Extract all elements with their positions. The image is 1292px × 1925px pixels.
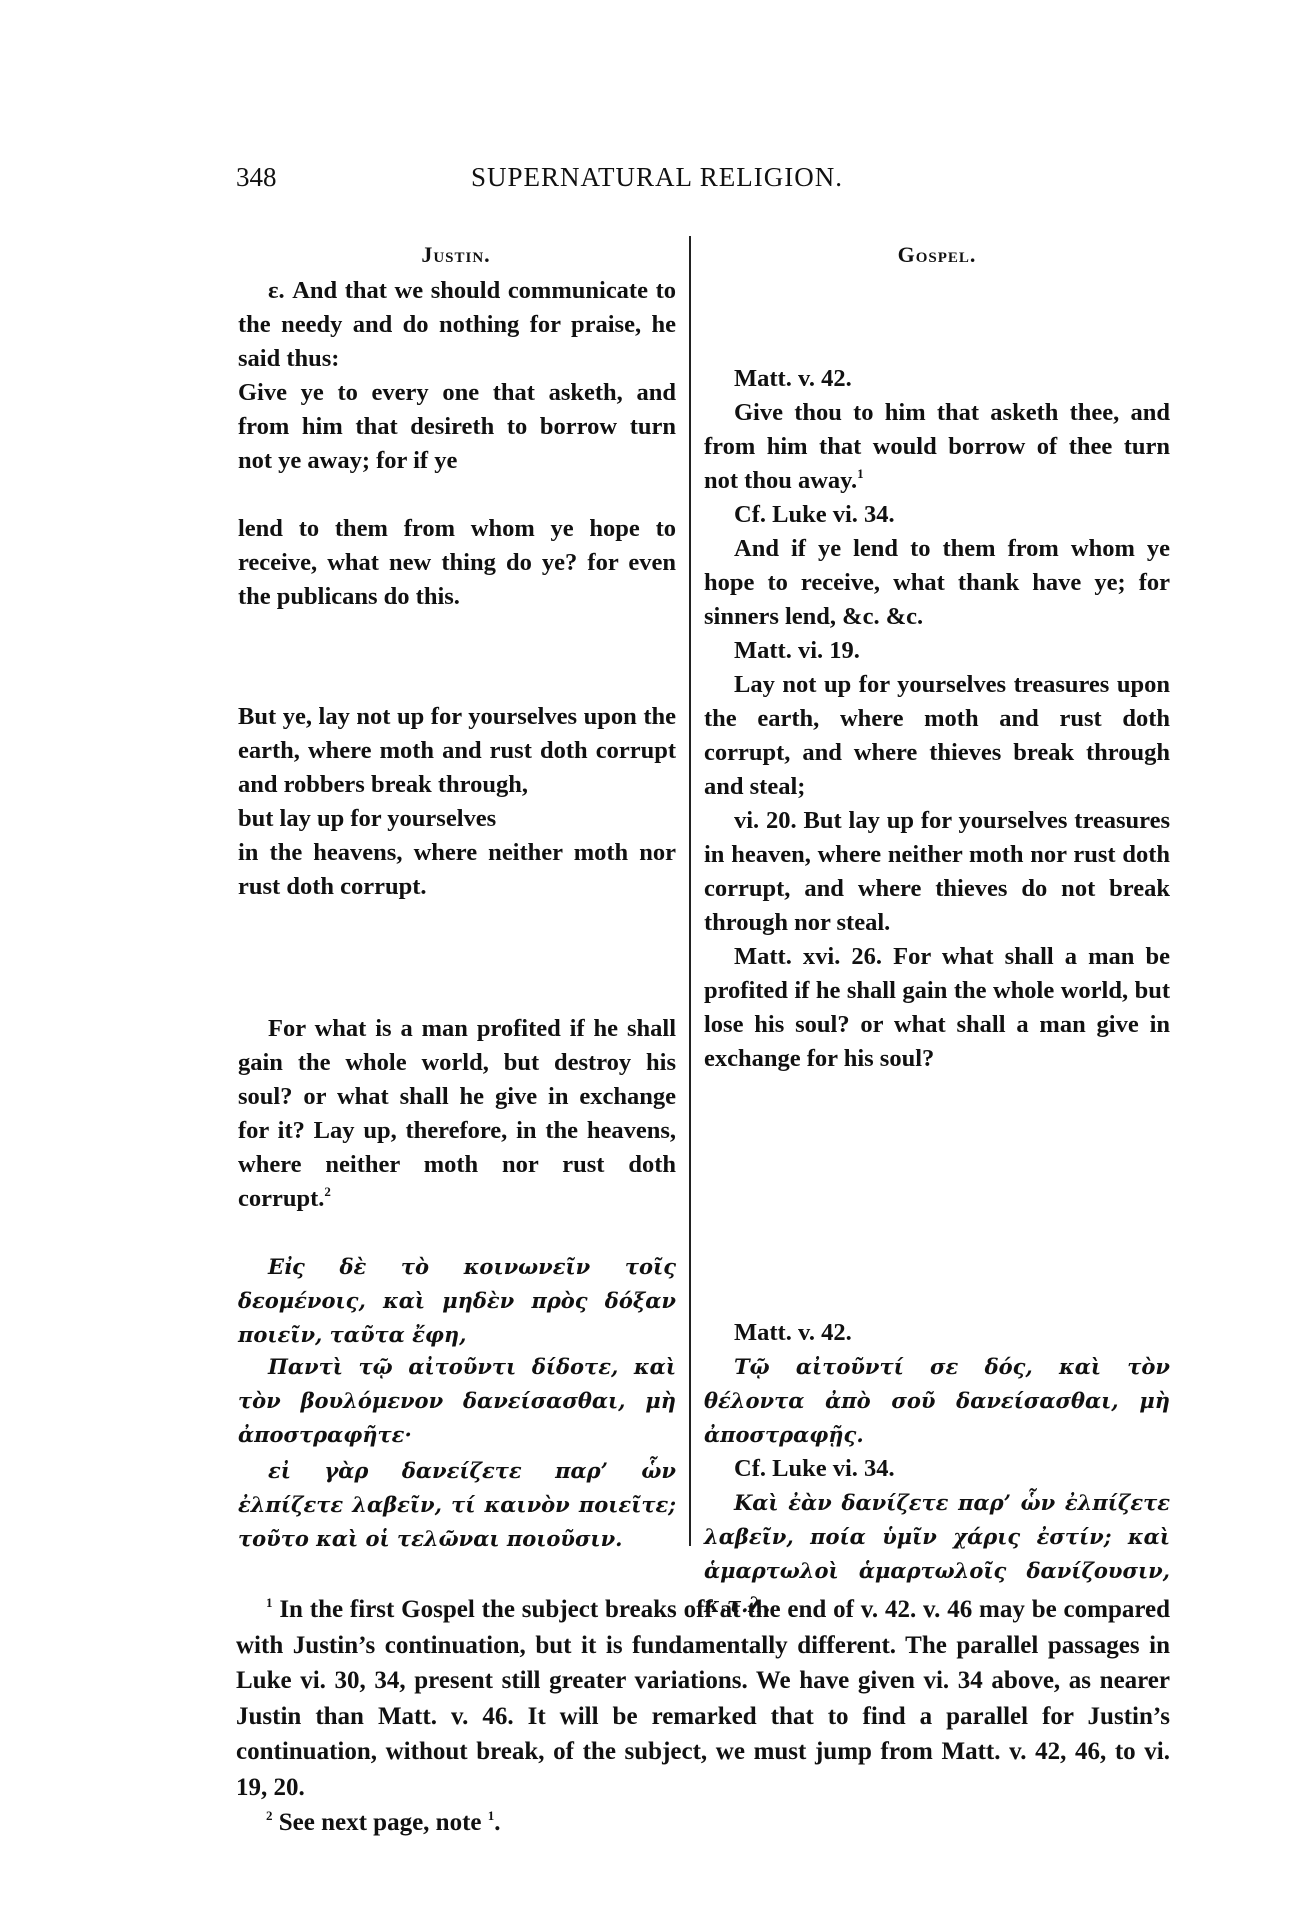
gospel-passage-1: Matt. v. 42. Give thou to him that asket… — [704, 362, 1170, 1076]
footnote-1-mark: 1 — [266, 1595, 273, 1610]
column-heading-justin: Justin. — [236, 242, 676, 268]
justin-greek-2-text: Παντὶ τῷ αἰτοῦντι δίδοτε, καὶ τὸν βουλόμ… — [238, 1350, 676, 1452]
footnote-2-text: See next page, note — [279, 1809, 482, 1836]
gospel-quote-treasure-heaven: vi. 20. But lay up for yourselves treasu… — [704, 804, 1170, 940]
footnote-2: 2 See next page, note 1. — [236, 1805, 1170, 1841]
justin-quote-treasure-earth: But ye, lay not up for yourselves upon t… — [238, 700, 676, 802]
gospel-ref-matt-6-19: Matt. vi. 19. — [704, 634, 1170, 668]
gospel-quote-profit: Matt. xvi. 26. For what shall a man be p… — [704, 940, 1170, 1076]
justin-greek-3: εἰ γὰρ δανείζετε παρ’ ὧν ἐλπίζετε λαβεῖν… — [238, 1454, 676, 1556]
justin-passage-1: ε. And that we should communicate to the… — [238, 274, 676, 478]
gospel-quote-treasure-earth: Lay not up for yourselves treasures upon… — [704, 668, 1170, 804]
justin-greek-2: Παντὶ τῷ αἰτοῦντι δίδοτε, καὶ τὸν βουλόμ… — [238, 1350, 676, 1452]
gospel-greek-section: Matt. v. 42. Τῷ αἰτοῦντί σε δός, καὶ τὸν… — [704, 1316, 1170, 1622]
footnotes: 1 In the first Gospel the subject breaks… — [236, 1592, 1170, 1841]
justin-quote-profit: For what is a man profited if he shall g… — [238, 1012, 676, 1216]
footnote-2-end: . — [494, 1809, 500, 1836]
footnote-2-mark: 2 — [266, 1808, 273, 1823]
justin-greek-1: Ei̓ς δὲ τὸ κοινωνεῖν τοῖς δεομένοις, καὶ… — [238, 1250, 676, 1352]
justin-quote-lay-up: but lay up for yourselves — [238, 802, 676, 836]
justin-passage-4: For what is a man profited if he shall g… — [238, 1012, 676, 1216]
column-heading-gospel: Gospel. — [702, 242, 1172, 268]
gospel-ref-luke-6-34: Cf. Luke vi. 34. — [704, 498, 1170, 532]
footnote-1-text: In the first Gospel the subject breaks o… — [236, 1596, 1170, 1801]
footnote-ref-1[interactable]: 1 — [857, 466, 864, 481]
gospel-quote-give-text: Give thou to him that asketh thee, and f… — [704, 399, 1170, 494]
justin-quote-give: Give ye to every one that asketh, and fr… — [238, 376, 676, 478]
justin-quote-heavens: in the heavens, where neither moth nor r… — [238, 836, 676, 904]
justin-greek-3-text: εἰ γὰρ δανείζετε παρ’ ὧν ἐλπίζετε λαβεῖν… — [238, 1454, 676, 1556]
gospel-ref-matt-5-42-greek: Matt. v. 42. — [704, 1316, 1170, 1350]
column-divider — [689, 236, 691, 1546]
gospel-greek-1: Τῷ αἰτοῦντί σε δός, καὶ τὸν θέλοντα ἀπὸ … — [704, 1350, 1170, 1452]
justin-passage-3: But ye, lay not up for yourselves upon t… — [238, 700, 676, 904]
justin-quote-profit-text: For what is a man profited if he shall g… — [238, 1015, 676, 1212]
gospel-quote-give: Give thou to him that asketh thee, and f… — [704, 396, 1170, 498]
justin-passage-2: lend to them from whom ye hope to receiv… — [238, 512, 676, 614]
gospel-ref-matt-5-42: Matt. v. 42. — [704, 362, 1170, 396]
running-title: SUPERNATURAL RELIGION. — [236, 162, 1048, 193]
justin-greek-1-text: Ei̓ς δὲ τὸ κοινωνεῖν τοῖς δεομένοις, καὶ… — [238, 1250, 676, 1352]
justin-quote-lend: lend to them from whom ye hope to receiv… — [238, 512, 676, 614]
justin-intro: ε. And that we should communicate to the… — [238, 274, 676, 376]
gospel-quote-lend: And if ye lend to them from whom ye hope… — [704, 532, 1170, 634]
footnote-ref-2[interactable]: 2 — [324, 1184, 331, 1199]
gospel-ref-luke-6-34-greek: Cf. Luke vi. 34. — [704, 1452, 1170, 1486]
footnote-1: 1 In the first Gospel the subject breaks… — [236, 1592, 1170, 1805]
running-head: 348 SUPERNATURAL RELIGION. — [236, 162, 1048, 202]
